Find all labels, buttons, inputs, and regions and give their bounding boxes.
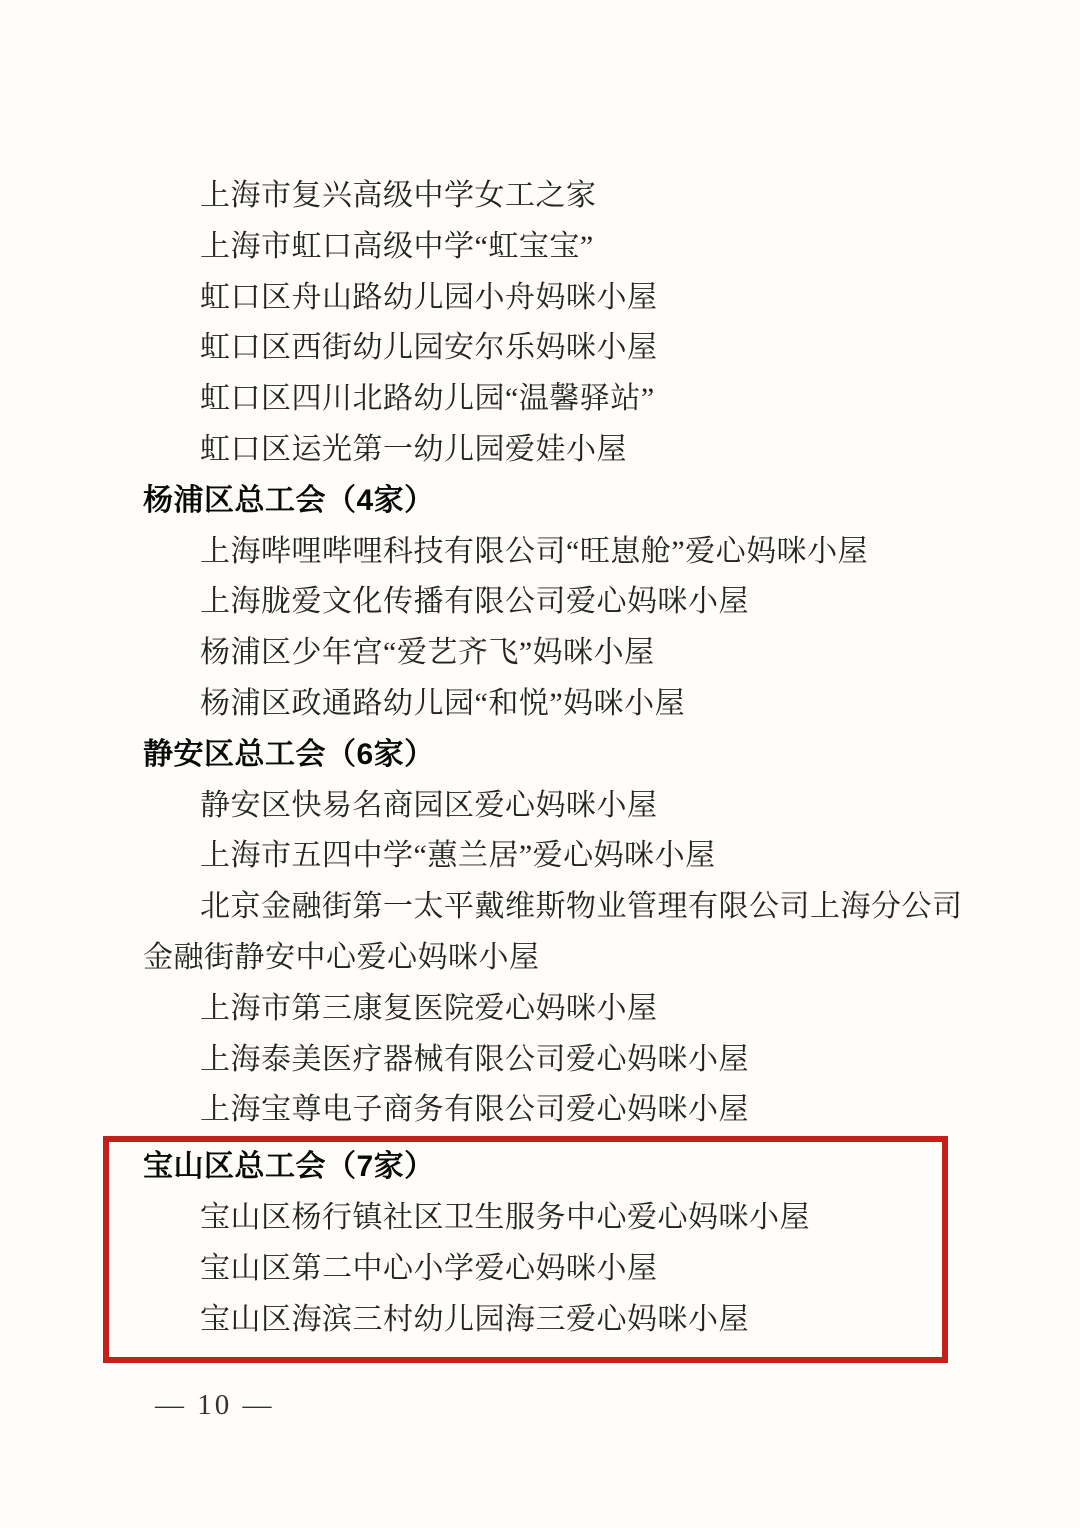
list-item: 上海市五四中学“蕙兰居”爱心妈咪小屋 [143,831,948,882]
list-item: 宝山区海滨三村幼儿园海三爱心妈咪小屋 [143,1295,942,1346]
list-item-continuation: 金融街静安中心爱心妈咪小屋 [143,933,948,984]
list-item: 上海泰美医疗器械有限公司爱心妈咪小屋 [143,1035,948,1086]
list-item: 上海哔哩哔哩科技有限公司“旺崽舱”爱心妈咪小屋 [143,527,948,578]
document-content: 上海市复兴高级中学女工之家上海市虹口高级中学“虹宝宝”虹口区舟山路幼儿园小舟妈咪… [143,171,948,1363]
list-item: 静安区快易名商园区爱心妈咪小屋 [143,781,948,832]
section: 上海市复兴高级中学女工之家上海市虹口高级中学“虹宝宝”虹口区舟山路幼儿园小舟妈咪… [143,171,948,476]
list-item: 北京金融街第一太平戴维斯物业管理有限公司上海分公司 [143,882,948,933]
section-header: 静安区总工会（6家） [143,730,948,781]
list-item: 虹口区舟山路幼儿园小舟妈咪小屋 [143,273,948,324]
document-page: 上海市复兴高级中学女工之家上海市虹口高级中学“虹宝宝”虹口区舟山路幼儿园小舟妈咪… [0,0,1080,1528]
list-item: 宝山区杨行镇社区卫生服务中心爱心妈咪小屋 [143,1193,942,1244]
list-item: 上海胧爱文化传播有限公司爱心妈咪小屋 [143,577,948,628]
section-header: 杨浦区总工会（4家） [143,476,948,527]
list-item: 虹口区四川北路幼儿园“温馨驿站” [143,374,948,425]
list-item: 上海市第三康复医院爱心妈咪小屋 [143,984,948,1035]
list-item: 上海市虹口高级中学“虹宝宝” [143,222,948,273]
list-item: 上海宝尊电子商务有限公司爱心妈咪小屋 [143,1085,948,1136]
list-item: 上海市复兴高级中学女工之家 [143,171,948,222]
section: 杨浦区总工会（4家）上海哔哩哔哩科技有限公司“旺崽舱”爱心妈咪小屋上海胧爱文化传… [143,476,948,730]
page-number: — 10 — [155,1389,275,1422]
highlighted-section: 宝山区总工会（7家）宝山区杨行镇社区卫生服务中心爱心妈咪小屋宝山区第二中心小学爱… [103,1136,948,1363]
section-header: 宝山区总工会（7家） [143,1142,942,1193]
list-item: 杨浦区少年宫“爱艺齐飞”妈咪小屋 [143,628,948,679]
list-item: 虹口区运光第一幼儿园爱娃小屋 [143,425,948,476]
list-item: 宝山区第二中心小学爱心妈咪小屋 [143,1244,942,1295]
section: 静安区总工会（6家）静安区快易名商园区爱心妈咪小屋上海市五四中学“蕙兰居”爱心妈… [143,730,948,1136]
list-item: 虹口区西街幼儿园安尔乐妈咪小屋 [143,323,948,374]
list-item: 杨浦区政通路幼儿园“和悦”妈咪小屋 [143,679,948,730]
